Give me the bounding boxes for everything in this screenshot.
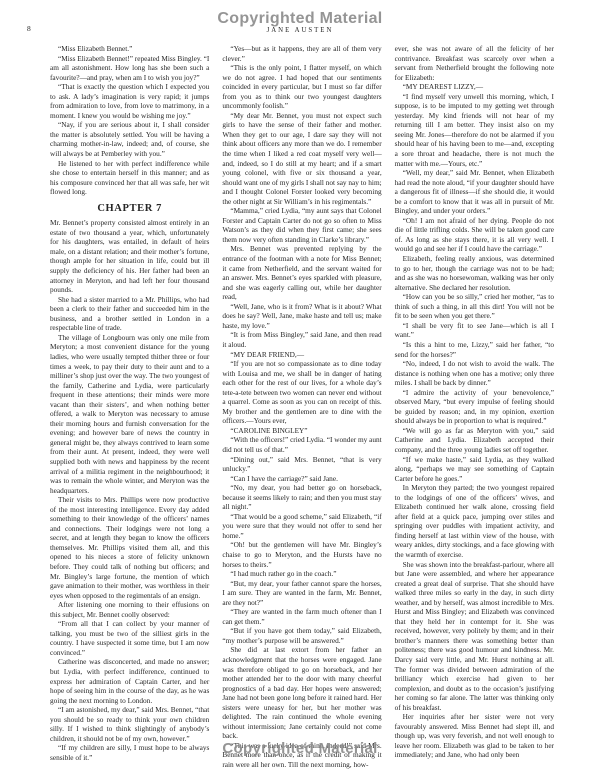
paragraph: “I shall be very fit to see Jane—which i…	[395, 321, 554, 340]
paragraph: “CAROLINE BINGLEY”	[222, 426, 381, 436]
chapter-heading: CHAPTER 7	[50, 204, 209, 214]
paragraph: “Oh! I am not afraid of her dying. Peopl…	[395, 216, 554, 254]
text-column-3: ever, she was not aware of all the felic…	[395, 44, 554, 770]
paragraph: “MY DEAR FRIEND,—	[222, 350, 381, 360]
paragraph: “Nay, if you are serious about it, I sha…	[50, 120, 209, 158]
paragraph: “How can you be so silly,” cried her mot…	[395, 292, 554, 321]
paragraph: In Meryton they parted; the two youngest…	[395, 483, 554, 559]
paragraph: “Oh! but the gentlemen will have Mr. Bin…	[222, 540, 381, 569]
paragraph: “From all that I can collect by your man…	[50, 619, 209, 657]
copyright-watermark-top: Copyrighted Material	[0, 10, 600, 28]
running-header-title: JANE AUSTEN	[0, 27, 600, 34]
paragraph: “I admire the activity of your benevolen…	[395, 388, 554, 426]
paragraph: “I find myself very unwell this morning,…	[395, 92, 554, 168]
paragraph: He listened to her with perfect indiffer…	[50, 159, 209, 197]
paragraph: “But if you have got them today,” said E…	[222, 626, 381, 645]
paragraph: “Dining out,” said Mrs. Bennet, “that is…	[222, 455, 381, 474]
text-columns: “Miss Elizabeth Bennet.”“Miss Elizabeth …	[50, 44, 554, 770]
paragraph: “Is this a hint to me, Lizzy,” said her …	[395, 340, 554, 359]
paragraph: “That would be a good scheme,” said Eliz…	[222, 512, 381, 541]
paragraph: “Miss Elizabeth Bennet.”	[50, 44, 209, 54]
paragraph: “I am astonished, my dear,” said Mrs. Be…	[50, 705, 209, 743]
paragraph: “We will go as far as Meryton with you,”…	[395, 426, 554, 455]
paragraph: “No, indeed, I do not wish to avoid the …	[395, 359, 554, 388]
paragraph: “If you are not so compassionate as to d…	[222, 359, 381, 426]
paragraph: “But, my dear, your father cannot spare …	[222, 579, 381, 608]
paragraph: “This is the only point, I flatter mysel…	[222, 63, 381, 111]
paragraph: She did at last extort from her father a…	[222, 645, 381, 740]
paragraph: “They are wanted in the farm much oftene…	[222, 607, 381, 626]
paragraph: “Well, Jane, who is it from? What is it …	[222, 302, 381, 331]
paragraph: “My dear Mr. Bennet, you must not expect…	[222, 111, 381, 206]
paragraph: Their visits to Mrs. Phillips were now p…	[50, 495, 209, 600]
paragraph: She was shown into the breakfast-parlour…	[395, 560, 554, 713]
paragraph: Mr. Bennet’s property consisted almost e…	[50, 218, 209, 294]
paragraph: After listening one morning to their eff…	[50, 600, 209, 619]
text-column-1: “Miss Elizabeth Bennet.”“Miss Elizabeth …	[50, 44, 209, 770]
paragraph: “If we make haste,” said Lydia, as they …	[395, 455, 554, 484]
paragraph: ever, she was not aware of all the felic…	[395, 44, 554, 82]
paragraph: Mrs. Bennet was prevented replying by th…	[222, 244, 381, 301]
paragraph: “MY DEAREST LIZZY,—	[395, 82, 554, 92]
paragraph: “Can I have the carriage?” said Jane.	[222, 474, 381, 484]
paragraph: “Well, my dear,” said Mr. Bennet, when E…	[395, 168, 554, 216]
paragraph: The village of Longbourn was only one mi…	[50, 333, 209, 495]
paragraph: Elizabeth, feeling really anxious, was d…	[395, 254, 554, 292]
paragraph: “That is exactly the question which I ex…	[50, 82, 209, 120]
paragraph: “If my children are silly, I must hope t…	[50, 743, 209, 762]
paragraph: “I had much rather go in the coach.”	[222, 569, 381, 579]
paragraph: She had a sister married to a Mr. Philli…	[50, 295, 209, 333]
paragraph: “With the officers!” cried Lydia. “I won…	[222, 435, 381, 454]
paragraph: “Yes—but as it happens, they are all of …	[222, 44, 381, 63]
paragraph: Catherine was disconcerted, and made no …	[50, 657, 209, 705]
paragraph: “Mamma,” cried Lydia, “my aunt says that…	[222, 206, 381, 244]
paragraph: “Miss Elizabeth Bennet!” repeated Miss B…	[50, 54, 209, 83]
paragraph: “No, my dear, you had better go on horse…	[222, 483, 381, 512]
paragraph: “It is from Miss Bingley,” said Jane, an…	[222, 330, 381, 349]
paragraph: Her inquiries after her sister were not …	[395, 712, 554, 760]
paragraph: “This was a lucky idea of mine, indeed!”…	[222, 741, 381, 770]
text-column-2: “Yes—but as it happens, they are all of …	[222, 44, 381, 770]
